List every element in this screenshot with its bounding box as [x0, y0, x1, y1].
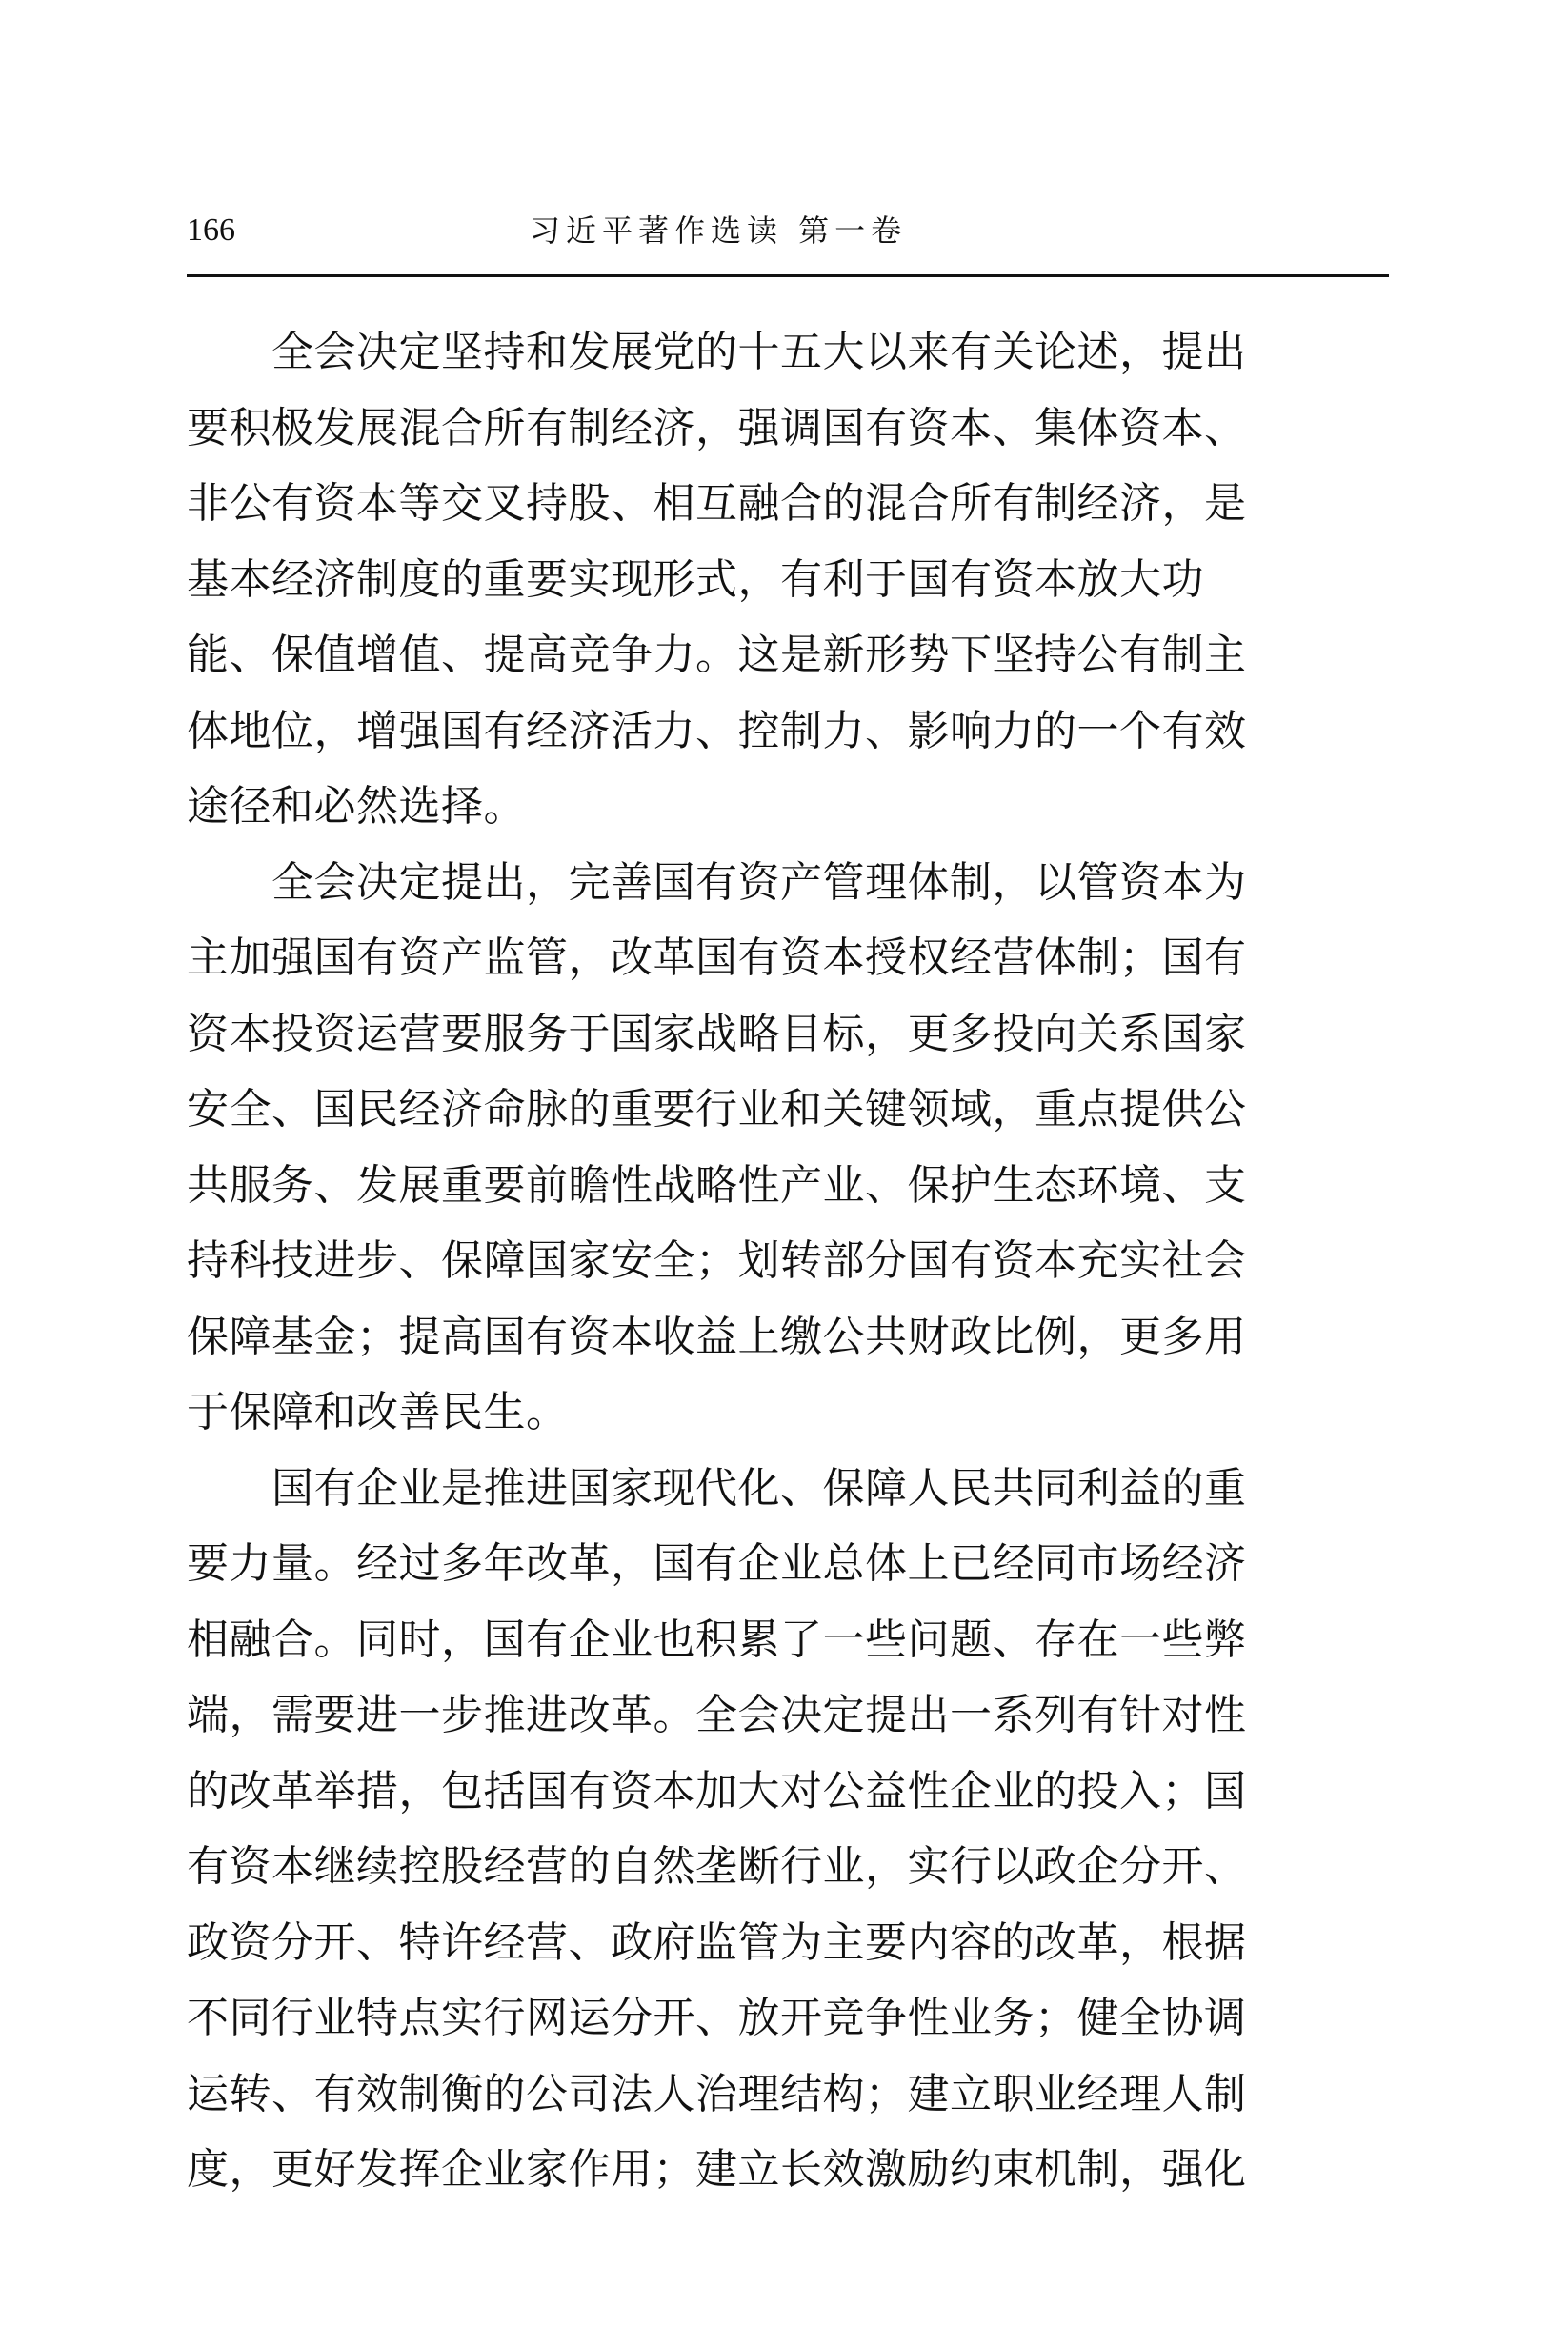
running-title: 习近平著作选读 第一卷	[530, 211, 907, 250]
text-line: 非公有资本等交叉持股、相互融合的混合所有制经济，是	[187, 466, 1391, 542]
text-line: 主加强国有资产监管，改革国有资本授权经营体制；国有	[187, 920, 1391, 996]
text-line: 共服务、发展重要前瞻性战略性产业、保护生态环境、支	[187, 1148, 1391, 1224]
text-line: 途径和必然选择。	[187, 769, 1391, 845]
text-line: 相融合。同时，国有企业也积累了一些问题、存在一些弊	[187, 1602, 1391, 1678]
text-line: 要积极发展混合所有制经济，强调国有资本、集体资本、	[187, 391, 1391, 467]
text-line: 运转、有效制衡的公司法人治理结构；建立职业经理人制	[187, 2057, 1391, 2133]
text-line: 度，更好发挥企业家作用；建立长效激励约束机制，强化	[187, 2132, 1391, 2208]
text-line: 安全、国民经济命脉的重要行业和关键领域，重点提供公	[187, 1072, 1391, 1148]
page-header: 166 习近平著作选读 第一卷	[187, 211, 1387, 269]
text-line: 持科技进步、保障国家安全；划转部分国有资本充实社会	[187, 1223, 1391, 1299]
text-line: 全会决定坚持和发展党的十五大以来有关论述，提出	[187, 314, 1391, 391]
text-line: 基本经济制度的重要实现形式，有利于国有资本放大功	[187, 542, 1391, 618]
text-line: 有资本继续控股经营的自然垄断行业，实行以政企分开、	[187, 1829, 1391, 1905]
text-line: 保障基金；提高国有资本收益上缴公共财政比例，更多用	[187, 1299, 1391, 1375]
body-text: 全会决定坚持和发展党的十五大以来有关论述，提出 要积极发展混合所有制经济，强调国…	[187, 314, 1391, 2208]
text-line: 国有企业是推进国家现代化、保障人民共同利益的重	[187, 1451, 1391, 1527]
text-line: 于保障和改善民生。	[187, 1375, 1391, 1451]
header-rule	[187, 274, 1389, 277]
page-number: 166	[187, 211, 235, 250]
text-line: 全会决定提出，完善国有资产管理体制，以管资本为	[187, 845, 1391, 921]
text-line: 资本投资运营要服务于国家战略目标，更多投向关系国家	[187, 996, 1391, 1073]
text-line: 的改革举措，包括国有资本加大对公益性企业的投入；国	[187, 1754, 1391, 1830]
text-line: 要力量。经过多年改革，国有企业总体上已经同市场经济	[187, 1526, 1391, 1602]
text-line: 端，需要进一步推进改革。全会决定提出一系列有针对性	[187, 1677, 1391, 1754]
text-line: 不同行业特点实行网运分开、放开竞争性业务；健全协调	[187, 1980, 1391, 2057]
text-line: 体地位，增强国有经济活力、控制力、影响力的一个有效	[187, 693, 1391, 770]
text-line: 政资分开、特许经营、政府监管为主要内容的改革，根据	[187, 1905, 1391, 1981]
text-line: 能、保值增值、提高竞争力。这是新形势下坚持公有制主	[187, 617, 1391, 693]
